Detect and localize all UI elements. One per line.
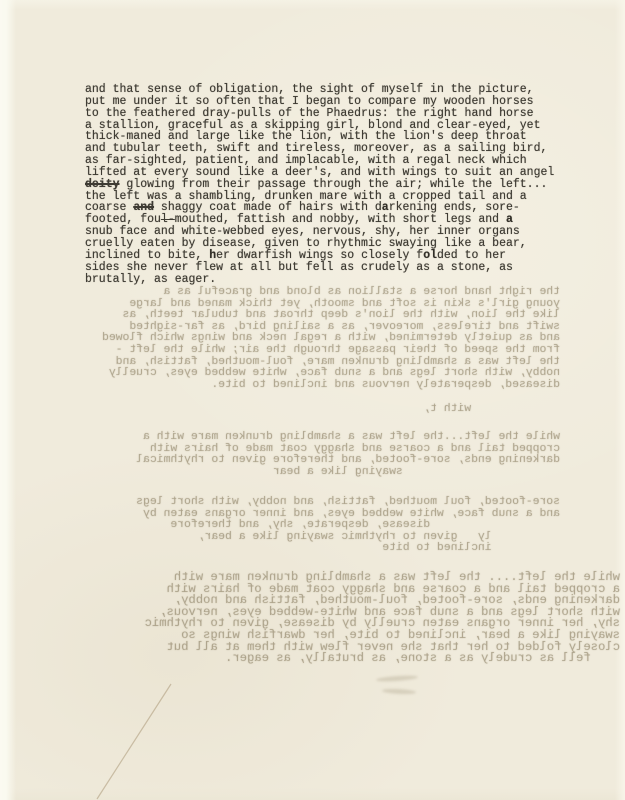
typed-paragraph: and that sense of obligation, the sight … <box>85 84 554 285</box>
text-line: fell as crudely as a stone, as brutally,… <box>75 653 620 665</box>
bleedthrough-text-block-2: while the left...the left was a shamblin… <box>62 432 560 478</box>
text-line: brutally, as eager. <box>85 274 554 286</box>
smudge-mark <box>382 688 416 695</box>
bleedthrough-text-block-3: sore-footed, foul mouthed, fattish, and … <box>62 497 560 555</box>
text-line: diseased, desperately nervous and inclin… <box>62 380 560 392</box>
smudge-mark <box>376 675 418 683</box>
text-line: swaying like a bear <box>62 467 560 479</box>
bleedthrough-fragment: with t, <box>62 404 560 416</box>
text-line: with t, <box>62 404 560 416</box>
scanned-typewritten-page: and that sense of obligation, the sight … <box>0 0 625 800</box>
text-line: inclined to bite <box>62 543 560 555</box>
bleedthrough-text-block-1: the right hand horse a stallion as blond… <box>62 287 560 391</box>
bleedthrough-text-block-4: while the left.... the left was a shambl… <box>75 572 620 665</box>
